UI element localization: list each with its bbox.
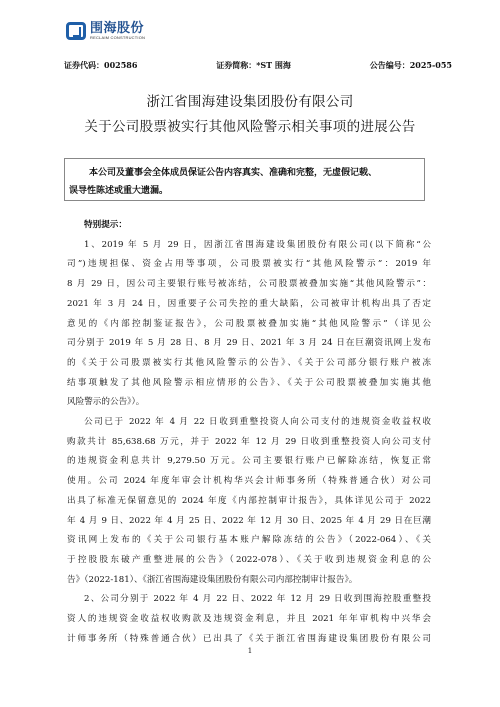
announcement-number: 公告编号：2025-055 bbox=[370, 60, 452, 71]
company-title: 浙江省围海建设集团股份有限公司 bbox=[0, 90, 500, 110]
paragraph-line: 出具了标准无保留意见的 2024 年度《内部控制审计报告》，具体详见公司于 20… bbox=[67, 492, 431, 512]
board-guarantee-notice: 本公司及董事会全体成员保证公告内容真实、准确和完整，无虚假记载、 误导性陈述或重… bbox=[64, 158, 425, 201]
stock-code: 证券代码：002586 bbox=[64, 60, 137, 71]
special-reminder-heading: 特别提示： bbox=[67, 216, 431, 236]
notice-line-1: 本公司及董事会全体成员保证公告内容真实、准确和完整，无虚假记载、 bbox=[69, 164, 420, 182]
paragraph-line: 2021 年 3 月 24 日，因重要子公司失控的重大缺陷，公司被审计机构出具了… bbox=[67, 295, 431, 315]
logo-mark-icon bbox=[66, 22, 86, 40]
stock-name: 证券简称：*ST 围海 bbox=[216, 60, 291, 71]
paragraph-line: 资讯网上发布的《关于公司银行基本账户解除冻结的公告》（2022-064）、《关 bbox=[67, 531, 431, 551]
paragraph-line: 风险警示的公告》）。 bbox=[67, 393, 431, 413]
logo-cn-text: 围海股份 bbox=[90, 22, 145, 35]
paragraph-line: 1、2019 年 5 月 29 日，因浙江省围海建设集团股份有限公司(以下简称“… bbox=[67, 236, 431, 256]
paragraph-line: 8 月 29 日，因公司主要银行账号被冻结，公司股票被叠加实施“其他风险警示”： bbox=[67, 275, 431, 295]
notice-line-2: 误导性陈述或重大遗漏。 bbox=[69, 182, 420, 200]
paragraph-line: 年 4 月 9 日、2022 年 4 月 25 日、2022 年 12 月 30… bbox=[67, 512, 431, 532]
logo-en-text: RECLAIM CONSTRUCTION bbox=[90, 36, 145, 40]
announcement-title: 关于公司股票被实行其他风险警示相关事项的进展公告 bbox=[0, 115, 500, 135]
paragraph-line: 司分别于 2019 年 5 月 28 日、8 月 29 日、2021 年 3 月… bbox=[67, 334, 431, 354]
paragraph-line: 的违规资金利息共计 9,279.50 万元。公司主要银行账户已解除冻结，恢复正常 bbox=[67, 452, 431, 472]
paragraph-line: 购款共计 85,638.68 万元，并于 2022 年 12 月 29 日收到重… bbox=[67, 433, 431, 453]
paragraph-line: 使用。公司 2024 年度年审会计机构华兴会计师事务所（特殊普通合伙）对公司 bbox=[67, 472, 431, 492]
paragraph-line: 结事项触发了其他风险警示相应情形的公告》、《关于公司股票被叠加实施其他 bbox=[67, 374, 431, 394]
paragraph-line: 告》（2022-181）、《浙江省围海建设集团股份有限公司内部控制审计报告》。 bbox=[67, 571, 431, 591]
paragraph-line: 意见的《内部控制鉴证报告》，公司股票被叠加实施“其他风险警示”（详见公 bbox=[67, 315, 431, 335]
company-logo: 围海股份 RECLAIM CONSTRUCTION bbox=[66, 20, 145, 42]
announcement-body: 特别提示： 1、2019 年 5 月 29 日，因浙江省围海建设集团股份有限公司… bbox=[67, 216, 431, 649]
paragraph-line: 2、公司分别于 2022 年 4 月 22 日、2022 年 12 月 29 日… bbox=[67, 590, 431, 610]
paragraph-line: 资人的违规资金收益权收购款及违规资金利息，并且 2021 年年审机构中兴华会 bbox=[67, 610, 431, 630]
paragraph-line: 公司已于 2022 年 4 月 22 日收到重整投资人向公司支付的违规资金收益权… bbox=[67, 413, 431, 433]
page-number: 1 bbox=[0, 647, 500, 655]
paragraph-line: 的《关于公司股票被实行其他风险警示的公告》、《关于公司部分银行账户被冻 bbox=[67, 354, 431, 374]
paragraph-line: 于控股股东破产重整进展的公告》（2022-078）、《关于收到违规资金利息的公 bbox=[67, 551, 431, 571]
paragraph-line: 司”)违规担保、资金占用等事项，公司股票被实行“其他风险警示”：2019 年 bbox=[67, 255, 431, 275]
announcement-meta: 证券代码：002586 证券简称：*ST 围海 公告编号：2025-055 bbox=[64, 60, 452, 71]
